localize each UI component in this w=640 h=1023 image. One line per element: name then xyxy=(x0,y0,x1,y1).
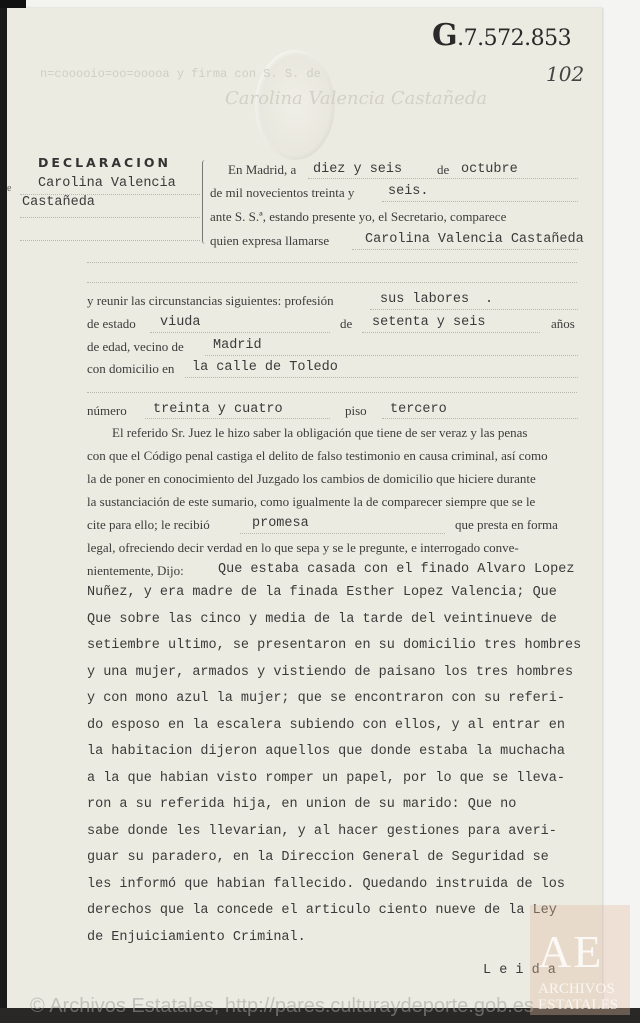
statement-line: guar su paradero, en la Direccion Genera… xyxy=(87,850,549,865)
legal-line: legal, ofreciendo decir verdad en lo que… xyxy=(87,540,519,556)
age-label: de xyxy=(340,316,352,332)
dijo-label: nientemente, Dijo: xyxy=(87,563,184,579)
statement-line: setiembre ultimo, se presentaron en su d… xyxy=(87,638,581,653)
age-field: setenta y seis xyxy=(372,315,485,330)
estado-label: de estado xyxy=(87,316,136,332)
domicilio-field: la calle de Toledo xyxy=(192,360,338,375)
serial-digits: .7.572.853 xyxy=(457,26,571,51)
dotted-line xyxy=(382,418,578,419)
year-label: de mil novecientos treinta y xyxy=(210,185,354,201)
folio-number: 102 xyxy=(546,62,584,86)
age-unit: años xyxy=(551,316,575,332)
logo-letters: AE xyxy=(538,925,603,978)
dotted-line xyxy=(185,377,578,378)
statement-line: de Enjuiciamiento Criminal. xyxy=(87,930,306,945)
de-label: de xyxy=(437,162,449,178)
profession-field: sus labores xyxy=(380,292,469,307)
dotted-line xyxy=(20,240,200,241)
name-label: quien expresa llamarse xyxy=(210,233,329,249)
bracket-divider xyxy=(202,160,209,244)
statement-line: ron a su referida hija, en union de su m… xyxy=(87,797,516,812)
appearance-line: ante S. S.ª, estando presente yo, el Sec… xyxy=(210,209,506,225)
dotted-line xyxy=(87,282,577,283)
piso-label: piso xyxy=(345,403,367,419)
printed-line: El referido Sr. Juez le hizo saber la ob… xyxy=(112,425,527,441)
dotted-line xyxy=(352,249,578,250)
dotted-line xyxy=(20,217,200,218)
dotted-line xyxy=(150,332,330,333)
bleed-through-signature: Carolina Valencia Castañeda xyxy=(225,88,487,109)
bleed-through-text: n=cooooio=oo=ooooa y firma con S. S. de xyxy=(40,67,321,81)
statement-line: derechos que la concede el articulo cien… xyxy=(87,903,557,918)
year-field: seis. xyxy=(388,184,429,199)
estado-field: viuda xyxy=(160,315,201,330)
dotted-line xyxy=(370,309,578,310)
name-field: Carolina Valencia Castañeda xyxy=(365,232,584,247)
dotted-line xyxy=(308,178,578,179)
numero-field: treinta y cuatro xyxy=(153,402,283,417)
dotted-line xyxy=(240,533,445,534)
margin-mark: e xyxy=(7,183,11,194)
declarant-name-line1: Carolina Valencia xyxy=(38,176,176,191)
logo-line1: ARCHIVOS xyxy=(538,981,615,998)
cite-field: promesa xyxy=(252,516,309,531)
serial-prefix: G xyxy=(432,18,457,53)
statement-line: Que sobre las cinco y media de la tarde … xyxy=(87,612,557,627)
serial-number: G.7.572.853 xyxy=(432,18,571,53)
printed-line: la de poner en conocimiento del Juzgado … xyxy=(87,471,536,487)
dotted-line xyxy=(87,392,577,393)
logo-line2: ESTATALES xyxy=(538,997,618,1014)
page-background-margin xyxy=(602,0,640,1023)
statement-line: y con mono azul la mujer; que se encontr… xyxy=(87,691,565,706)
statement-line: Nuñez, y era madre de la finada Esther L… xyxy=(87,585,557,600)
statement-line: a la que habian visto romper un papel, p… xyxy=(87,771,565,786)
dotted-line xyxy=(205,355,578,356)
binding-edge xyxy=(0,0,7,1023)
dotted-line xyxy=(145,418,330,419)
copyright-watermark: © Archivos Estatales, http://pares.cultu… xyxy=(30,995,534,1018)
vecino-field: Madrid xyxy=(213,338,262,353)
dotted-line xyxy=(87,262,577,263)
statement-line: y una mujer, armados y vistiendo de pais… xyxy=(87,665,573,680)
piso-field: tercero xyxy=(390,402,447,417)
binding-corner xyxy=(0,0,26,8)
profession-label: y reunir las circunstancias siguientes: … xyxy=(87,293,334,309)
cite-end: que presta en forma xyxy=(455,517,558,533)
statement-line: la habitacion dijeron aquellos que donde… xyxy=(87,744,565,759)
printed-line: con que el Código penal castiga el delit… xyxy=(87,448,548,464)
cite-label: cite para ello; le recibió xyxy=(87,517,210,533)
printed-line: la sustanciación de este sumario, como i… xyxy=(87,494,535,510)
vecino-label: de edad, vecino de xyxy=(87,339,184,355)
numero-label: número xyxy=(87,403,127,419)
statement-line: les informó que habian fallecido. Quedan… xyxy=(87,877,565,892)
statement-line: sabe donde les llevarian, y al hacer ges… xyxy=(87,824,557,839)
day-field: diez y seis xyxy=(313,162,402,177)
domicilio-label: con domicilio en xyxy=(87,361,174,377)
statement-line: do esposo en la escalera subiendo con el… xyxy=(87,718,565,733)
document-title: DECLARACION xyxy=(38,155,171,170)
profession-end: . xyxy=(485,292,493,307)
dotted-line xyxy=(362,332,540,333)
statement-first-line: Que estaba casada con el finado Alvaro L… xyxy=(218,562,574,577)
archive-logo: AE ARCHIVOS ESTATALES xyxy=(530,905,630,1015)
dotted-line xyxy=(382,201,578,202)
declarant-name-line2: Castañeda xyxy=(22,195,95,210)
intro-label: En Madrid, a xyxy=(228,162,296,178)
month-field: octubre xyxy=(461,162,518,177)
